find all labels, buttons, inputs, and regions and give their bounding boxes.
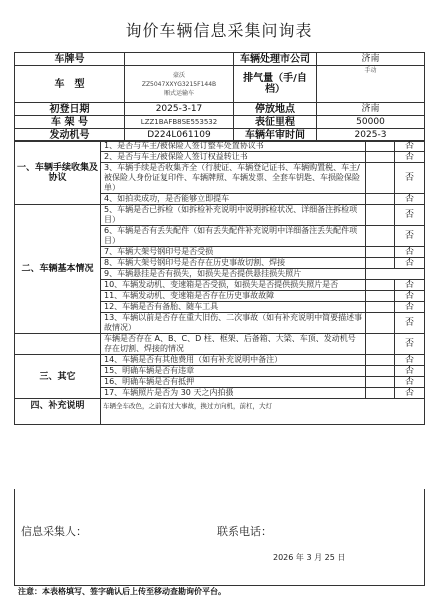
checklist-blank [366,377,395,388]
checklist-blank [366,388,395,399]
checklist-item: 13、车辆以前是否存在重大旧伤、二次事故（如有补充说明中简要描述事故情况） [101,313,366,334]
checklist-item: 5、车辆是否已拆检（如拆检补充说明中说明拆检状况、详细备注拆检项目） [101,205,366,226]
section-3-label: 三、其它 [15,355,101,399]
mileage-value: 50000 [317,116,425,129]
section-2-label: 二、车辆基本情况 [15,205,101,334]
checklist-item: 1、是否与车主/被保险人签订整车处置协议书 [101,141,366,152]
model-code: ZZ5047XXYG3215F144B [127,80,231,89]
parking-label: 停放地点 [234,103,317,116]
checklist-answer[interactable]: 否 [395,205,425,226]
checklist-item: 车辆是否存在 A、B、C、D 柱、框架、后备箱、大梁、车顶、发动机号存在切割、焊… [101,334,366,355]
checklist-item: 16、明确车辆是否有抵押 [101,377,366,388]
checklist-blank [366,291,395,302]
checklist-item: 15、明确车辆是否有违章 [101,366,366,377]
checklist-blank [366,247,395,258]
checklist-answer[interactable]: 否 [395,313,425,334]
checklist-answer[interactable]: 否 [395,366,425,377]
checklist-answer[interactable]: 否 [395,355,425,366]
checklist-item: 9、车辆悬挂是否有损失，如损失是否提供悬挂损失照片 [101,269,366,280]
reg-date-value: 2025-3-17 [125,103,234,116]
checklist-blank [366,141,395,152]
collector-label: 信息采集人： [21,523,87,539]
city-label: 车辆处理市公司 [234,53,317,66]
checklist-blank [366,334,395,355]
checklist-table: 一、车辆手续收集及协议 1、是否与车主/被保险人签订整车处置协议书 否 2、是否… [14,140,425,425]
vehicle-info-table: 车牌号 车辆处理市公司 济南 车 型 豪沃 ZZ5047XXYG3215F144… [14,52,425,142]
section-blank-label [15,334,101,355]
checklist-item: 8、车辆大架号钢印号是否存在历史事故切割、焊接 [101,258,366,269]
section-4-label: 四、补充说明 [15,399,101,425]
model-brand: 豪沃 [127,71,231,80]
checklist-answer[interactable]: 否 [395,141,425,152]
checklist-blank [366,313,395,334]
checklist-item: 14、车辆是否有其他费用（如有补充说明中备注） [101,355,366,366]
checklist-item: 4、如拍卖成功，是否能够立即提车 [101,194,366,205]
section-1-label: 一、车辆手续收集及协议 [15,141,101,205]
sign-date: 2026 年 3 月 25 日 [273,552,345,563]
checklist-blank [366,226,395,247]
checklist-item: 12、车辆是否有备胎、随车工具 [101,302,366,313]
mileage-label: 表征里程 [234,116,317,129]
model-label: 车 型 [15,66,125,103]
checklist-blank [366,258,395,269]
checklist-blank [366,205,395,226]
form-title: 询价车辆信息采集问询表 [0,18,438,41]
checklist-blank [366,280,395,291]
checklist-answer[interactable]: 否 [395,258,425,269]
signature-area: 信息采集人： 联系电话： 2026 年 3 月 25 日 [14,489,425,586]
checklist-answer[interactable]: 否 [395,247,425,258]
checklist-answer[interactable]: 否 [395,152,425,163]
checklist-answer[interactable]: 否 [395,302,425,313]
checklist-item: 2、是否与车主/被保险人签订权益转让书 [101,152,366,163]
checklist-item: 6、车辆是否有丢失配件（如有丢失配件补充说明中详细备注丢失配件项目） [101,226,366,247]
checklist-answer[interactable]: 否 [366,269,425,280]
plate-label: 车牌号 [15,53,125,66]
checklist-blank [366,152,395,163]
checklist-answer[interactable]: 否 [395,280,425,291]
checklist-item: 11、车辆发动机、变速箱是否存在历史事故故障 [101,291,366,302]
vin-label: 车 架 号 [15,116,125,129]
checklist-answer[interactable]: 否 [395,291,425,302]
checklist-item: 10、车辆发动机、变速箱是否受损，如损失是否提供损失照片是否 [101,280,366,291]
checklist-answer[interactable]: 否 [395,377,425,388]
checklist-answer[interactable]: 否 [395,163,425,194]
checklist-item: 7、车辆大架号钢印号是否受损 [101,247,366,258]
checklist-item: 17、车辆照片是否为 30 天之内拍摄 [101,388,366,399]
checklist-blank [366,366,395,377]
checklist-blank [366,194,395,205]
displacement-value: 手动 [317,66,425,103]
reg-date-label: 初登日期 [15,103,125,116]
checklist-blank [366,163,395,194]
checklist-answer[interactable]: 否 [395,226,425,247]
supplement-text[interactable]: 车辆全车改色，之前有过大事故，换过方向机，前杠，大灯 [101,399,425,425]
checklist-answer[interactable]: 否 [395,334,425,355]
plate-value [125,53,234,66]
checklist-blank [366,302,395,313]
model-type: 厢式运输车 [127,89,231,98]
vin-value: LZZ1BAFB8SE553532 [125,116,234,129]
checklist-item: 3、车辆手续是否收集齐全（行驶证、车辆登记证书、车辆购置税、车主/被保险人身份证… [101,163,366,194]
city-value: 济南 [317,53,425,66]
footer-note: 注意：本表格填写、签字确认后上传至移动查勘询价平台。 [18,586,226,597]
displacement-label: 排气量（手/自档） [234,66,317,103]
checklist-blank [366,355,395,366]
parking-value: 济南 [317,103,425,116]
checklist-answer[interactable]: 否 [395,388,425,399]
model-value: 豪沃 ZZ5047XXYG3215F144B 厢式运输车 [125,66,234,103]
checklist-answer[interactable]: 否 [395,194,425,205]
phone-label: 联系电话： [217,523,272,539]
